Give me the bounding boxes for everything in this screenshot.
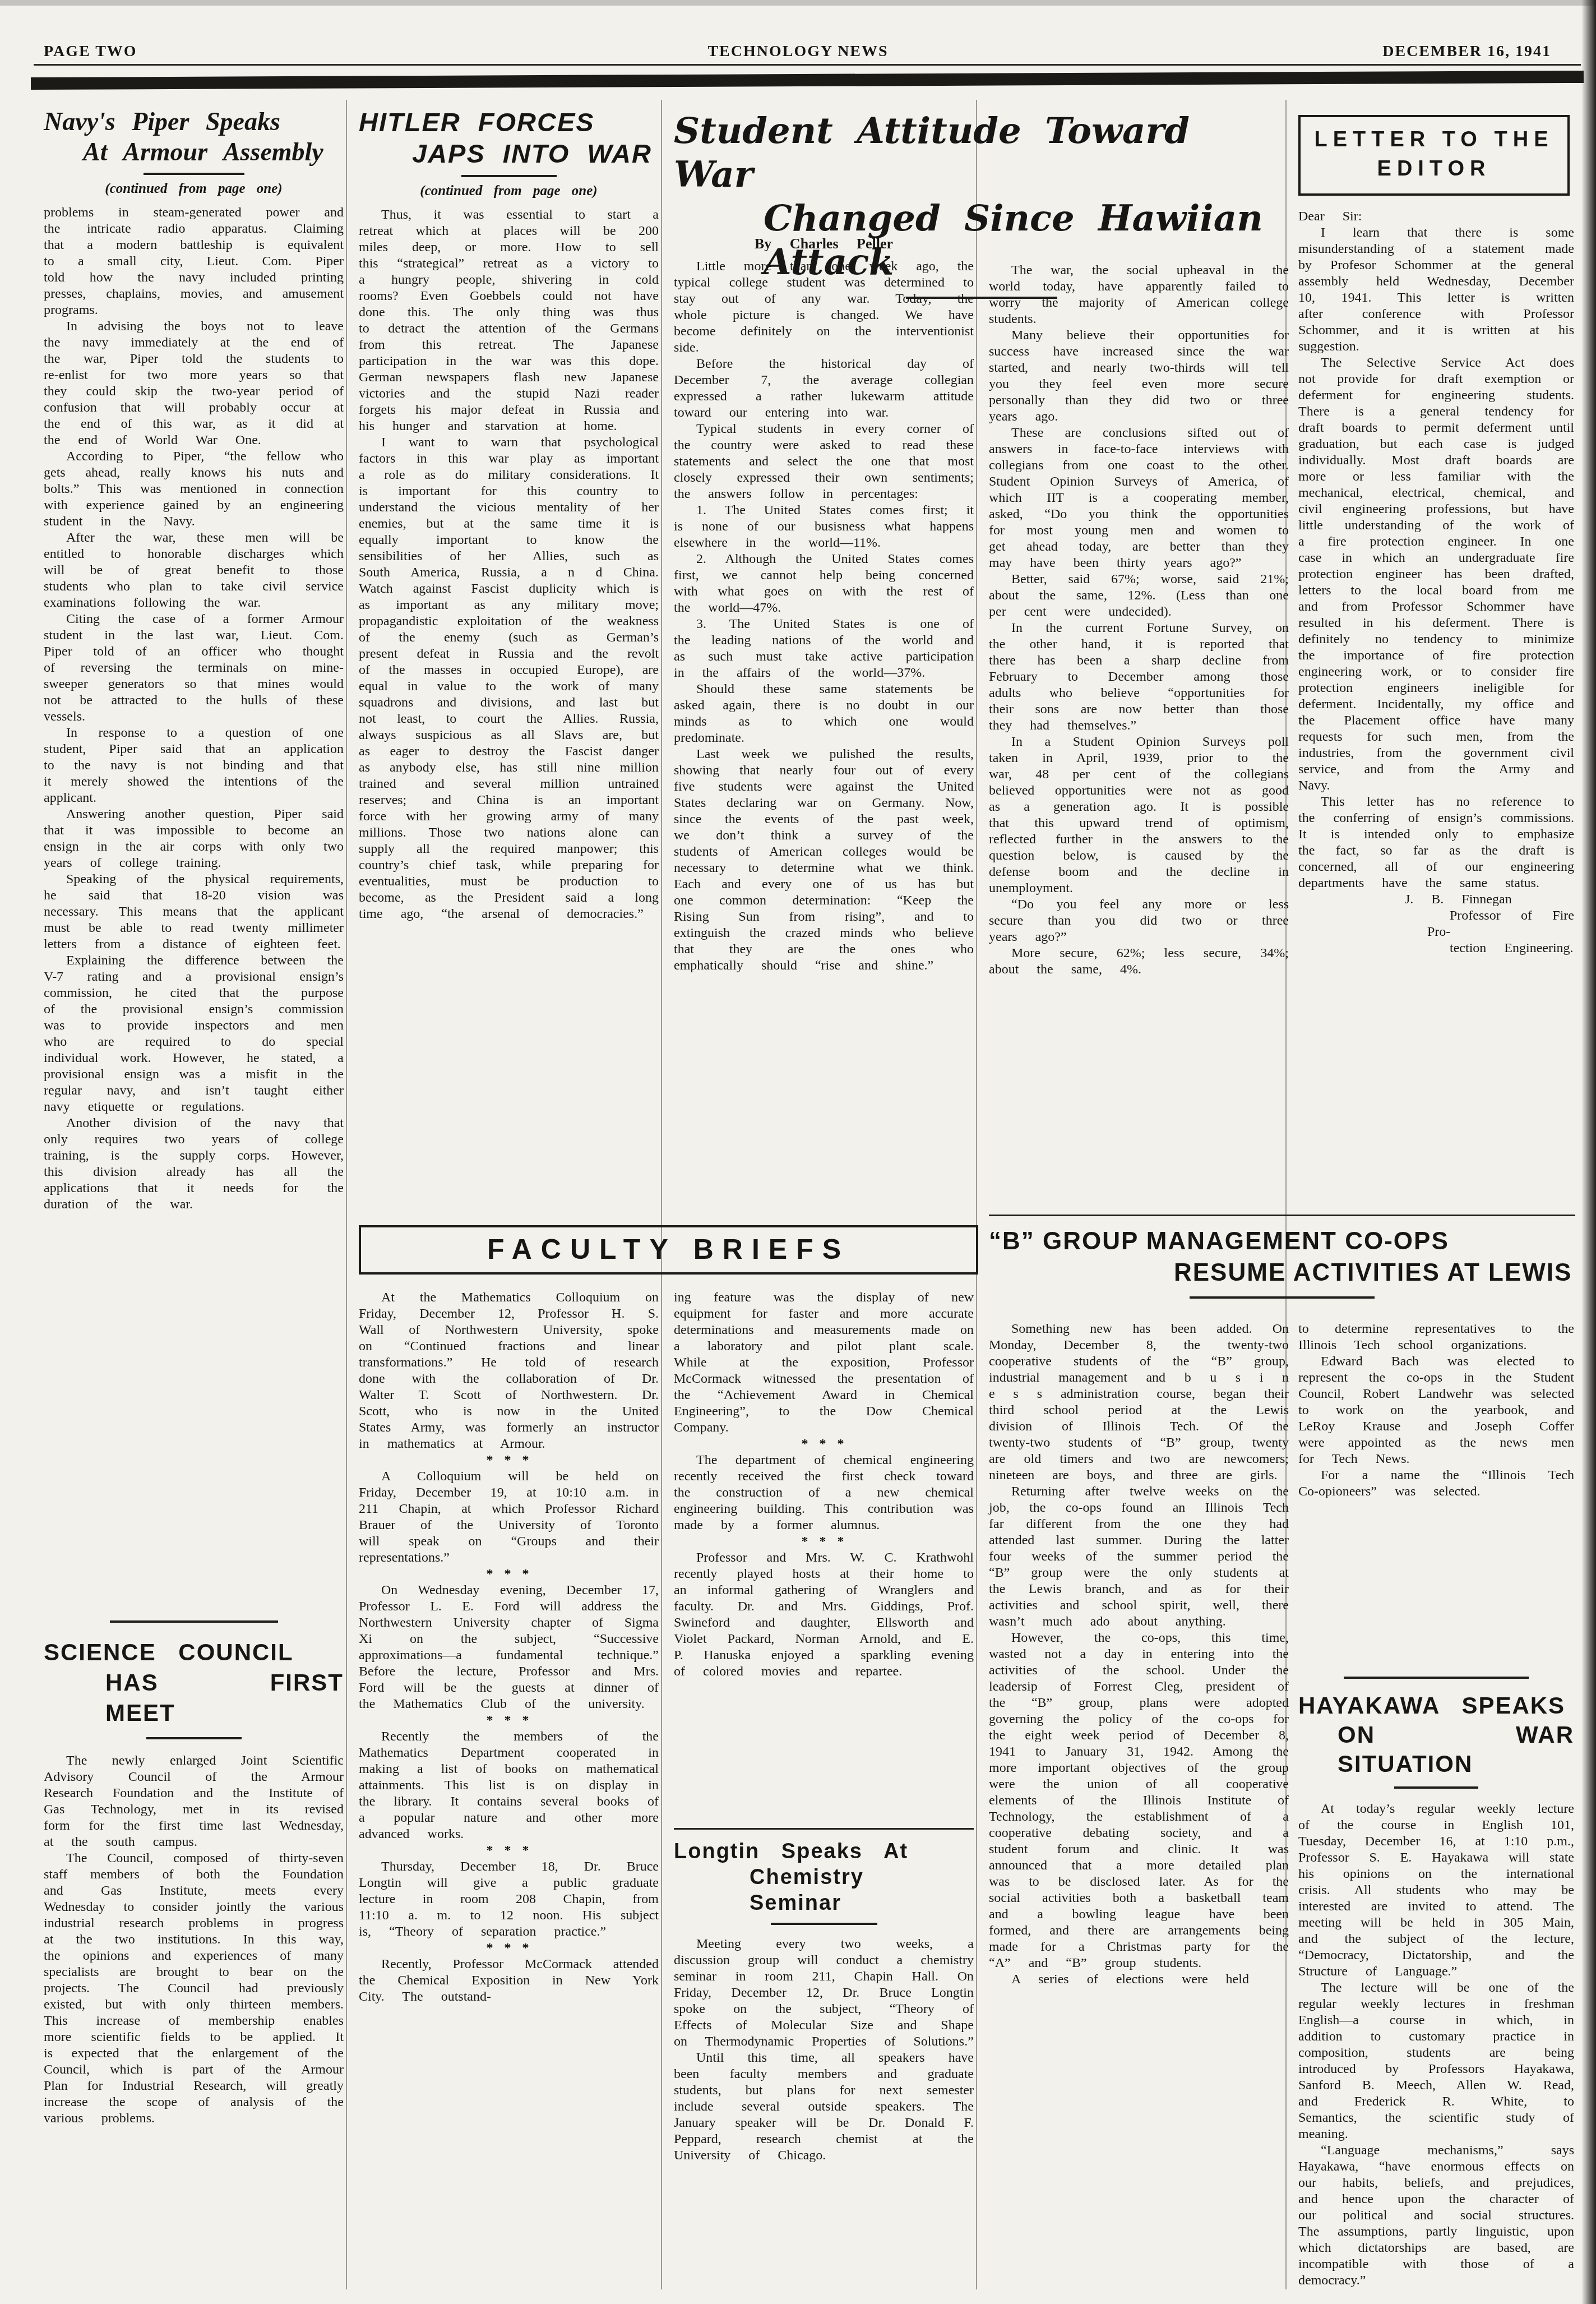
letter-signature-title-1: Professor of Fire Pro-	[1298, 908, 1574, 940]
paragraph: * * *	[359, 1712, 659, 1729]
letter-editor-header-line1: LETTER TO THE	[1301, 125, 1567, 154]
paragraph: The war, the social upheaval in the worl…	[989, 262, 1289, 327]
hitler-japs-continued-note: (continued from page one)	[359, 183, 659, 199]
science-council-headline-line2: HAS FIRST MEET	[44, 1668, 344, 1728]
bgroup-headline-line1: “B” GROUP MANAGEMENT CO-OPS	[989, 1226, 1575, 1257]
article-navy-piper: Navy's Piper Speaks At Armour Assembly (…	[44, 107, 344, 1213]
paragraph: In a Student Opinion Surveys poll taken …	[989, 734, 1289, 897]
letter-salutation: Dear Sir:	[1298, 209, 1574, 225]
paragraph: Recently, Professor McCormack attended t…	[359, 1956, 659, 2005]
newspaper-title: TECHNOLOGY NEWS	[0, 43, 1596, 61]
article-bgroup-right: to determine representatives to the Illi…	[1298, 1321, 1574, 1500]
letter-editor-box-header: LETTER TO THE EDITOR	[1298, 115, 1570, 196]
paragraph: I want to warn that psychological factor…	[359, 435, 659, 922]
paragraph: Speaking of the physical requirements, h…	[44, 871, 344, 953]
paragraph: Citing the case of a former Armour stude…	[44, 611, 344, 725]
navy-piper-headline: Navy's Piper Speaks At Armour Assembly	[44, 107, 344, 167]
paragraph: The department of chemical engineering r…	[674, 1452, 974, 1534]
paragraph: I learn that there is some misunderstand…	[1298, 225, 1574, 355]
rule	[771, 1923, 877, 1925]
paragraph: A series of elections were held	[989, 1971, 1289, 1988]
paragraph: The Selective Service Act does not provi…	[1298, 355, 1574, 794]
paragraph: Something new has been added. On Monday,…	[989, 1321, 1289, 1484]
faculty-briefs-right-body: ing feature was the display of new equip…	[674, 1290, 974, 1680]
faculty-briefs-left-body: At the Mathematics Colloquium on Friday,…	[359, 1290, 659, 2005]
paragraph: Another division of the navy that only r…	[44, 1115, 344, 1213]
hitler-japs-body: Thus, it was essential to start a retrea…	[359, 207, 659, 922]
paragraph: However, the co-ops, this time, wasted n…	[989, 1630, 1289, 1971]
paragraph: 3. The United States is one of the leadi…	[674, 616, 974, 681]
paragraph: * * *	[674, 1436, 974, 1452]
article-letter-editor: Dear Sir: I learn that there is some mis…	[1298, 209, 1574, 957]
faculty-briefs-box-header: FACULTY BRIEFS	[359, 1225, 978, 1275]
hayakawa-headline-line2: ON WAR SITUATION	[1298, 1720, 1574, 1779]
paragraph: These are conclusions sifted out of answ…	[989, 425, 1289, 571]
article-longtin: Longtin Speaks At Chemistry Seminar Meet…	[674, 1828, 974, 2164]
rule	[1394, 1786, 1478, 1789]
paragraph: Before the historical day of December 7,…	[674, 356, 974, 421]
paragraph: Little more than one week ago, the typic…	[674, 258, 974, 356]
faculty-briefs-left-column: At the Mathematics Colloquium on Friday,…	[359, 1290, 659, 2005]
paragraph: Meeting every two weeks, a discussion gr…	[674, 1936, 974, 2050]
paragraph: Recently the members of the Mathematics …	[359, 1729, 659, 1843]
paragraph: On Wednesday evening, December 17, Profe…	[359, 1582, 659, 1712]
faculty-briefs-title: FACULTY BRIEFS	[361, 1233, 976, 1266]
student-attitude-right-body: The war, the social upheaval in the worl…	[989, 262, 1289, 978]
longtin-headline-line2: Chemistry Seminar	[674, 1864, 974, 1916]
paragraph: In advising the boys not to leave the na…	[44, 318, 344, 449]
paragraph: At the Mathematics Colloquium on Friday,…	[359, 1290, 659, 1452]
paragraph: Thursday, December 18, Dr. Bruce Longtin…	[359, 1859, 659, 1940]
rule	[144, 173, 244, 175]
paragraph: According to Piper, “the fellow who gets…	[44, 449, 344, 530]
hitler-japs-headline-line2: JAPS INTO WAR	[359, 138, 659, 169]
masthead-rule-thick	[31, 71, 1584, 90]
paragraph: * * *	[359, 1566, 659, 1582]
navy-piper-headline-line1: Navy's Piper Speaks	[44, 107, 280, 136]
article-hitler-japs: HITLER FORCES JAPS INTO WAR (continued f…	[359, 107, 659, 922]
paragraph: * * *	[359, 1843, 659, 1859]
paragraph: After the war, these men will be entitle…	[44, 530, 344, 611]
paragraph: For a name the “Illinois Tech Co-opionee…	[1298, 1467, 1574, 1500]
paragraph: In response to a question of one student…	[44, 725, 344, 806]
hayakawa-body: At today’s regular weekly lecture of the…	[1298, 1801, 1574, 2289]
hitler-japs-headline: HITLER FORCES JAPS INTO WAR	[359, 107, 659, 169]
bgroup-headline-line2: RESUME ACTIVITIES AT LEWIS	[989, 1257, 1575, 1289]
navy-piper-body: problems in steam-generated power and th…	[44, 205, 344, 1213]
paragraph: In the current Fortune Survey, on the ot…	[989, 620, 1289, 734]
navy-piper-continued-note: (continued from page one)	[44, 181, 344, 197]
paragraph: More secure, 62%; less secure, 34%; abou…	[989, 945, 1289, 978]
rule	[110, 1620, 278, 1623]
paragraph: Should these same statements be asked ag…	[674, 681, 974, 746]
article-hayakawa: HAYAKAWA SPEAKS ON WAR SITUATION At toda…	[1298, 1671, 1574, 2289]
rule	[461, 175, 557, 177]
article-bgroup-left: Something new has been added. On Monday,…	[989, 1321, 1289, 1988]
longtin-body: Meeting every two weeks, a discussion gr…	[674, 1936, 974, 2164]
letter-editor-header-line2: EDITOR	[1301, 154, 1567, 183]
paragraph: Returning after twelve weeks on the job,…	[989, 1484, 1289, 1630]
rule	[146, 1737, 242, 1739]
paragraph: * * *	[359, 1940, 659, 1956]
scan-artifact-right-edge	[1581, 0, 1596, 2304]
student-attitude-headline-line1: Student Attitude Toward War	[674, 110, 1190, 196]
paragraph: ing feature was the display of new equip…	[674, 1290, 974, 1436]
article-student-attitude-left: By Charles Peller Little more than one w…	[674, 236, 974, 974]
article-science-council: SCIENCE COUNCIL HAS FIRST MEET The newly…	[44, 1615, 344, 2127]
paragraph: Explaining the difference between the V-…	[44, 953, 344, 1115]
rule	[1344, 1677, 1529, 1679]
longtin-headline-line1: Longtin Speaks At	[674, 1840, 908, 1863]
issue-date: DECEMBER 16, 1941	[1382, 43, 1551, 61]
paragraph: Answering another question, Piper said t…	[44, 806, 344, 871]
student-attitude-byline: By Charles Peller	[674, 236, 974, 252]
paragraph: At today’s regular weekly lecture of the…	[1298, 1801, 1574, 1980]
newspaper-page: { "masthead": { "page_label": "PAGE TWO"…	[0, 0, 1596, 2304]
paragraph: Edward Bach was elected to represent the…	[1298, 1354, 1574, 1467]
column-rule-1	[346, 100, 347, 2289]
paragraph: This letter has no reference to the conf…	[1298, 794, 1574, 892]
bgroup-headline: “B” GROUP MANAGEMENT CO-OPS RESUME ACTIV…	[989, 1226, 1575, 1299]
science-council-headline-line1: SCIENCE COUNCIL	[44, 1639, 294, 1665]
paragraph: * * *	[359, 1452, 659, 1469]
masthead-rule-thin	[34, 64, 1581, 66]
paragraph: Thus, it was essential to start a retrea…	[359, 207, 659, 435]
hayakawa-headline-line1: HAYAKAWA SPEAKS	[1298, 1692, 1565, 1719]
paragraph: “Language mechanisms,” says Hayakawa, “h…	[1298, 2143, 1574, 2289]
paragraph: problems in steam-generated power and th…	[44, 205, 344, 318]
longtin-headline: Longtin Speaks At Chemistry Seminar	[674, 1839, 974, 1916]
navy-piper-headline-line2: At Armour Assembly	[44, 137, 344, 167]
hitler-japs-headline-line1: HITLER FORCES	[359, 107, 595, 137]
paragraph: Typical students in every corner of the …	[674, 421, 974, 502]
paragraph: A Colloquium will be held on Friday, Dec…	[359, 1469, 659, 1566]
paragraph: “Do you feel any more or less secure tha…	[989, 897, 1289, 945]
bgroup-top-rule	[989, 1215, 1575, 1216]
paragraph: The Council, composed of thirty-seven st…	[44, 1850, 344, 2127]
scan-artifact-top	[0, 0, 1596, 6]
paragraph: 1. The United States comes first; it is …	[674, 502, 974, 551]
article-student-attitude-right: The war, the social upheaval in the worl…	[989, 262, 1289, 978]
column-rule-3	[976, 100, 977, 2289]
paragraph: Last week we pulished the results, showi…	[674, 746, 974, 974]
bgroup-right-body: to determine representatives to the Illi…	[1298, 1321, 1574, 1500]
letter-signature-name: J. B. Finnegan	[1298, 892, 1574, 908]
paragraph: 2. Although the United States comes firs…	[674, 551, 974, 616]
faculty-briefs-right-column: ing feature was the display of new equip…	[674, 1290, 974, 1680]
hayakawa-headline: HAYAKAWA SPEAKS ON WAR SITUATION	[1298, 1691, 1574, 1779]
letter-body: I learn that there is some misunderstand…	[1298, 225, 1574, 892]
paragraph: Better, said 67%; worse, said 21%; about…	[989, 571, 1289, 620]
paragraph: Professor and Mrs. W. C. Krathwohl recen…	[674, 1550, 974, 1680]
science-council-headline: SCIENCE COUNCIL HAS FIRST MEET	[44, 1637, 344, 1728]
paragraph: The newly enlarged Joint Scientific Advi…	[44, 1753, 344, 1850]
science-council-body: The newly enlarged Joint Scientific Advi…	[44, 1753, 344, 2127]
paragraph: to determine representatives to the Illi…	[1298, 1321, 1574, 1354]
paragraph: The lecture will be one of the regular w…	[1298, 1980, 1574, 2143]
paragraph: * * *	[674, 1534, 974, 1550]
paragraph: Many believe their opportunities for suc…	[989, 327, 1289, 425]
rule	[1190, 1296, 1375, 1299]
letter-signature-title-2: tection Engineering.	[1298, 940, 1574, 957]
student-attitude-left-body: Little more than one week ago, the typic…	[674, 258, 974, 974]
column-rule-2	[661, 100, 662, 2289]
bgroup-left-body: Something new has been added. On Monday,…	[989, 1321, 1289, 1988]
paragraph: Until this time, all speakers have been …	[674, 2050, 974, 2164]
